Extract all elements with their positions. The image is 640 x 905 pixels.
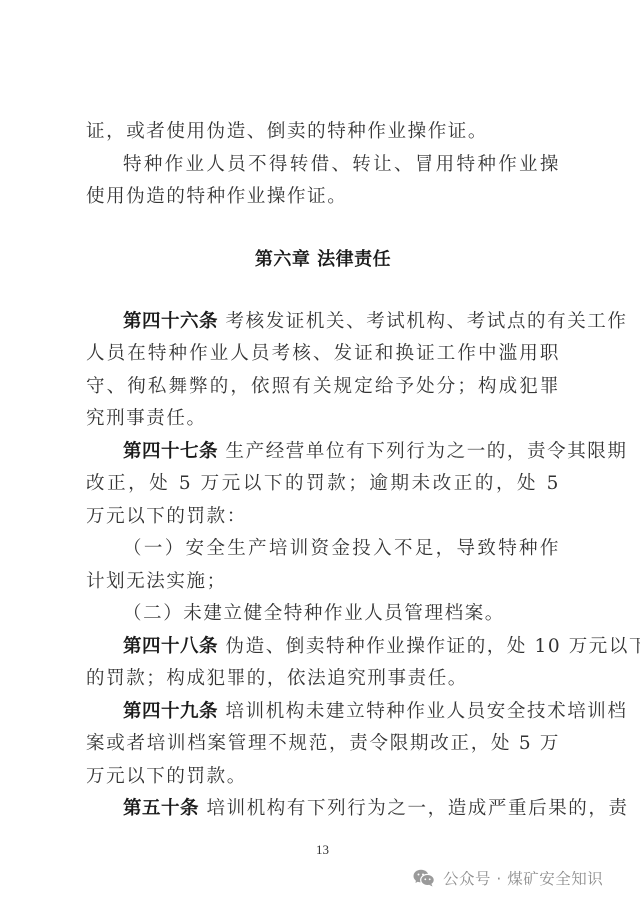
article-46-first-line: 第四十六条 考核发证机关、考试机构、考试点的有关工作 (86, 306, 560, 339)
article-48-first-line: 第四十八条 伪造、倒卖特种作业操作证的，处 10 万元以下 (86, 631, 560, 664)
paragraph-line: 万元以下的罚款： (86, 501, 560, 534)
list-item-continued: 计划无法实施； (86, 566, 560, 599)
chapter-title: 第六章 法律责任 (86, 244, 560, 276)
article-text: 培训机构有下列行为之一，造成严重后果的，责 (199, 798, 629, 819)
list-item: （一）安全生产培训资金投入不足，导致特种作业人员培训 (86, 533, 560, 566)
paragraph-line: 改正，处 5 万元以下的罚款；逾期未改正的，处 5 万元以上 10 (86, 468, 560, 501)
article-text: 伪造、倒卖特种作业操作证的，处 10 万元以下 (218, 636, 640, 657)
document-page: 证，或者使用伪造、倒卖的特种作业操作证。 特种作业人员不得转借、转让、冒用特种作… (86, 116, 560, 826)
list-item: （二）未建立健全特种作业人员管理档案。 (86, 598, 560, 631)
paragraph-line: 证，或者使用伪造、倒卖的特种作业操作证。 (86, 116, 560, 149)
article-47-first-line: 第四十七条 生产经营单位有下列行为之一的，责令其限期 (86, 436, 560, 469)
paragraph-line: 特种作业人员不得转借、转让、冒用特种作业操作证，或者 (86, 149, 560, 182)
watermark-text: 公众号 · 煤矿安全知识 (443, 867, 603, 889)
article-text: 考核发证机关、考试机构、考试点的有关工作 (218, 311, 627, 332)
article-text: 生产经营单位有下列行为之一的，责令其限期 (218, 441, 627, 462)
article-49-first-line: 第四十九条 培训机构未建立特种作业人员安全技术培训档 (86, 696, 560, 729)
paragraph-line: 的罚款；构成犯罪的，依法追究刑事责任。 (86, 663, 560, 696)
paragraph-line: 守、徇私舞弊的，依照有关规定给予处分；构成犯罪的，依法追 (86, 371, 560, 404)
paragraph-line: 人员在特种作业人员考核、发证和换证工作中滥用职权、玩忽职 (86, 338, 560, 371)
wechat-icon (413, 869, 435, 887)
page-number: 13 (316, 842, 329, 858)
article-label: 第四十七条 (123, 441, 218, 462)
paragraph-line: 案或者培训档案管理不规范，责令限期改正，处 5 万元以上 10 (86, 728, 560, 761)
paragraph-line: 究刑事责任。 (86, 403, 560, 436)
paragraph-line: 万元以下的罚款。 (86, 761, 560, 794)
article-label: 第四十六条 (123, 311, 218, 332)
watermark: 公众号 · 煤矿安全知识 (413, 867, 603, 889)
paragraph-line: 使用伪造的特种作业操作证。 (86, 181, 560, 214)
article-label: 第五十条 (123, 798, 199, 819)
article-50-first-line: 第五十条 培训机构有下列行为之一，造成严重后果的，责 (86, 793, 560, 826)
article-label: 第四十九条 (123, 701, 218, 722)
article-text: 培训机构未建立特种作业人员安全技术培训档 (218, 701, 627, 722)
article-label: 第四十八条 (123, 636, 218, 657)
